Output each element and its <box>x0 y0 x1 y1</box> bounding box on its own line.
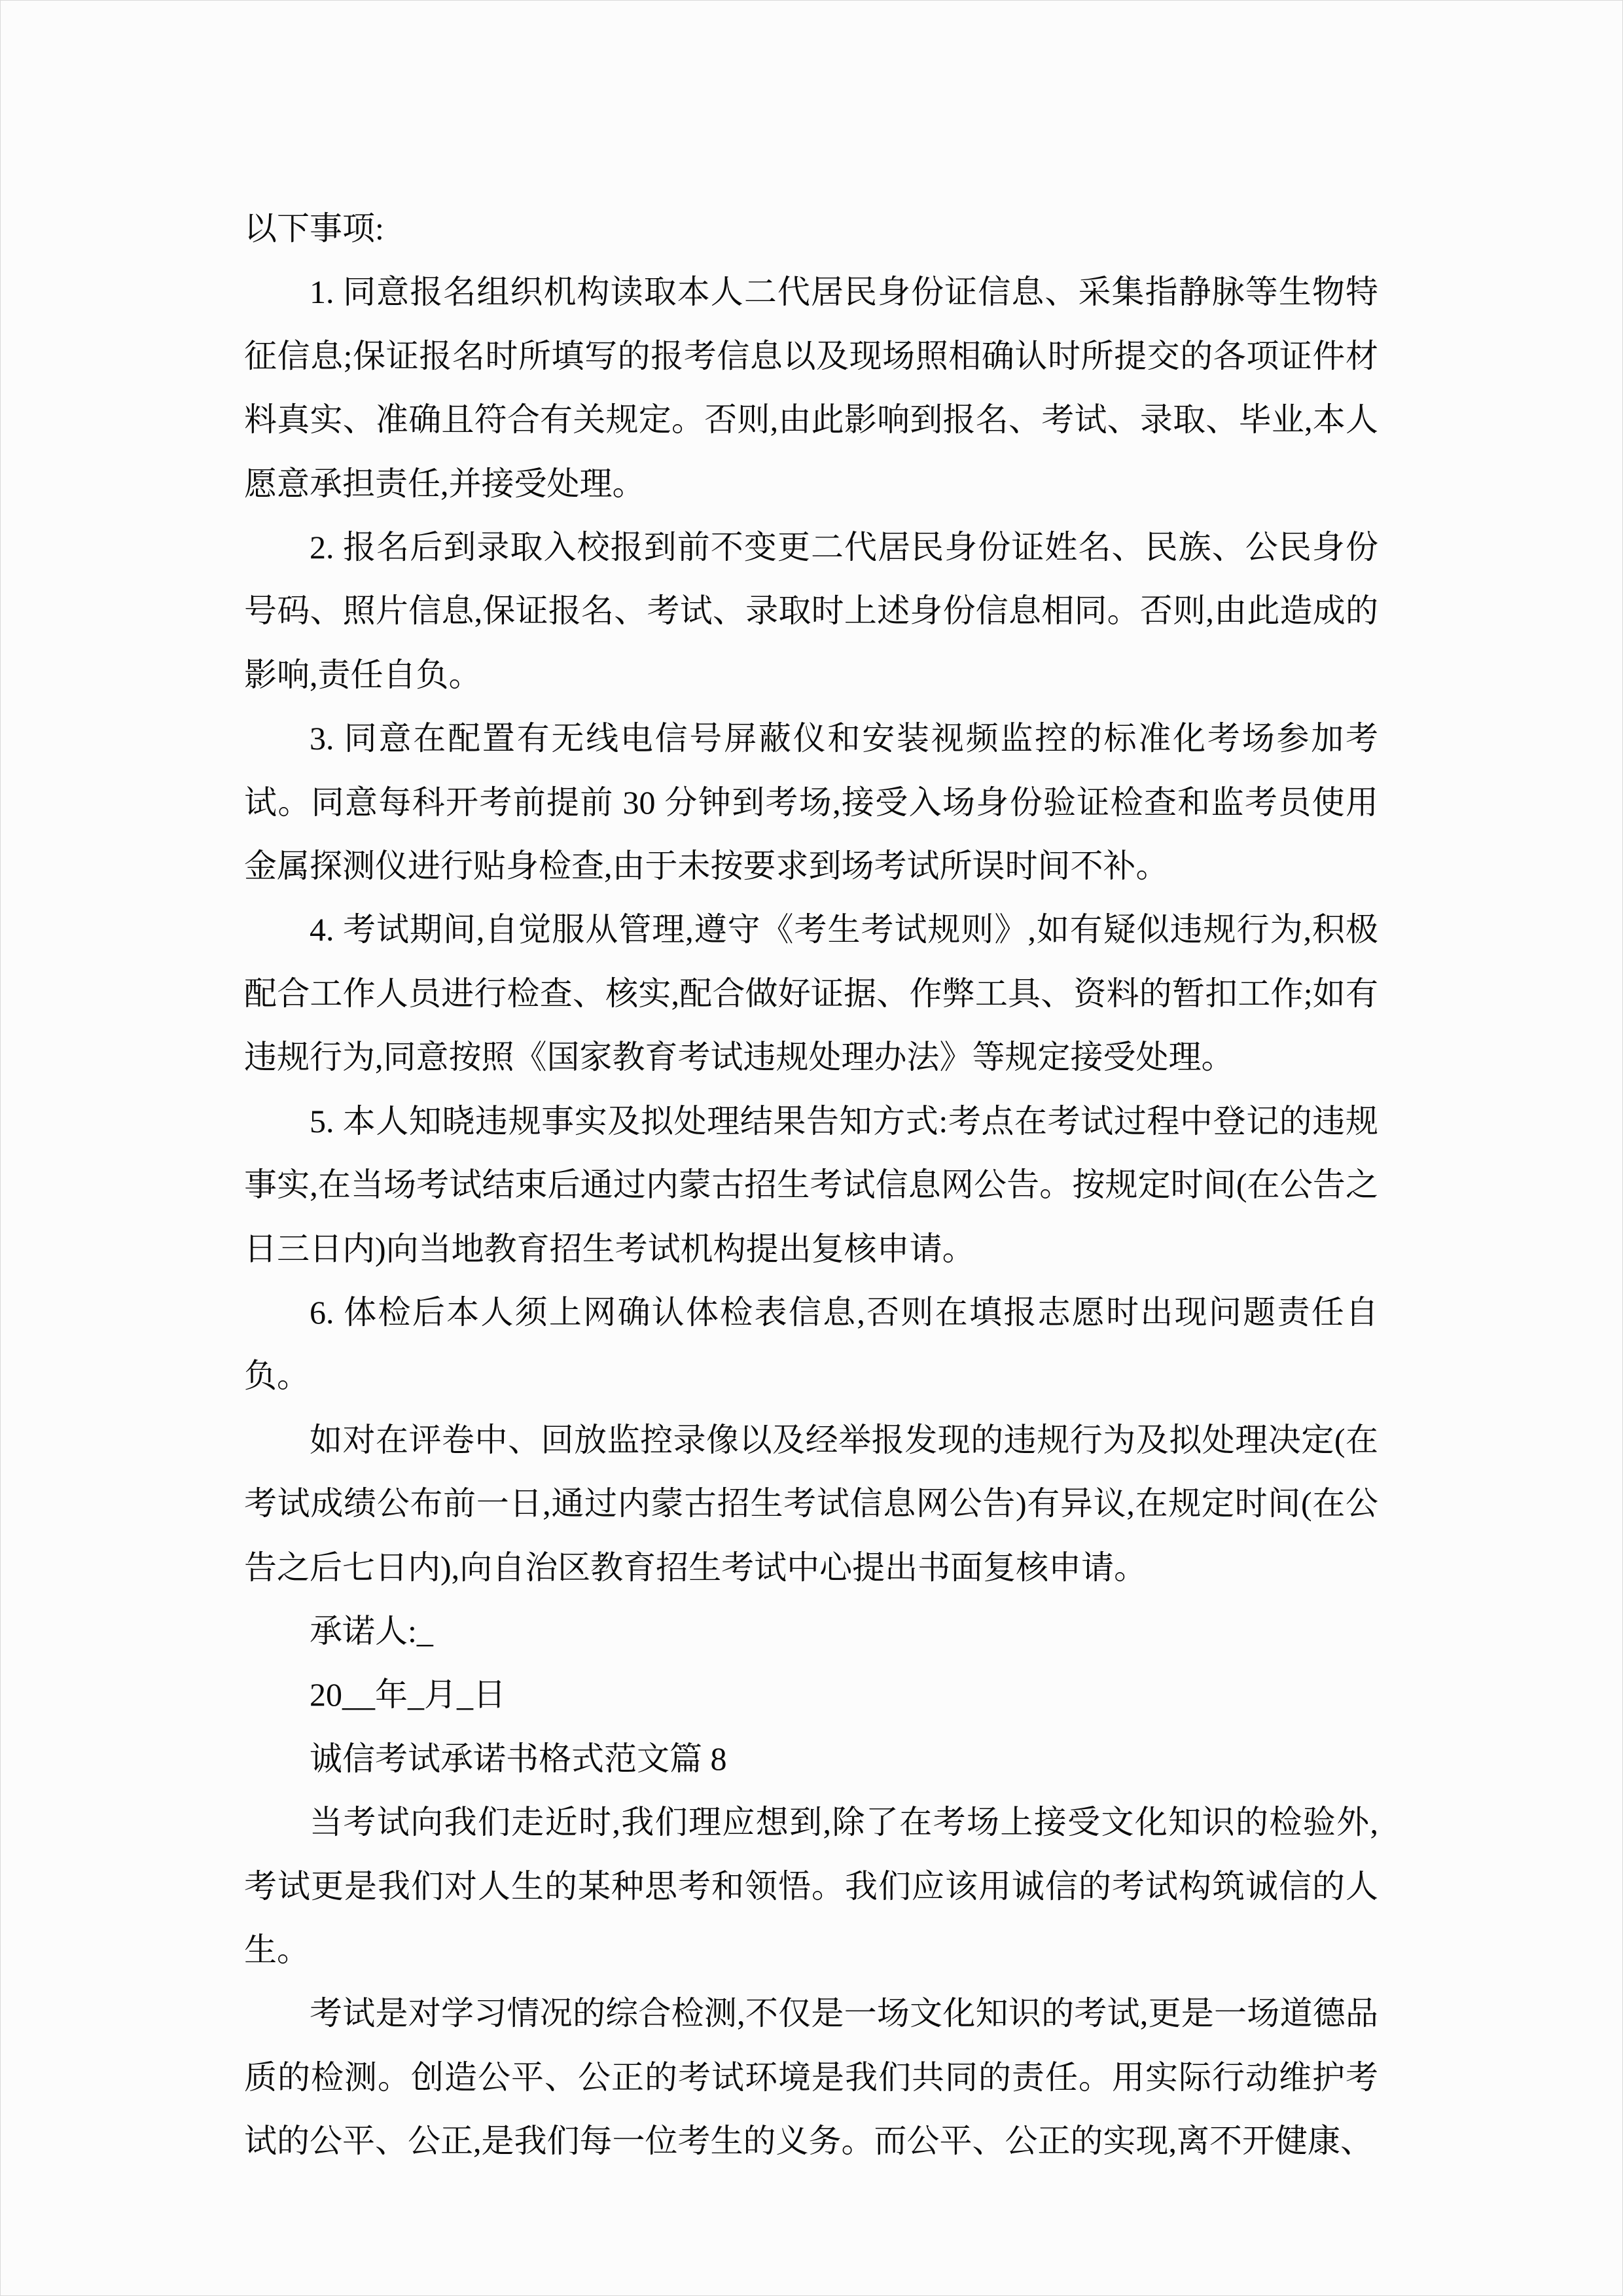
list-item-5: 5. 本人知晓违规事实及拟处理结果告知方式:考点在考试过程中登记的违规事实,在当… <box>244 1090 1378 1281</box>
list-item-3: 3. 同意在配置有无线电信号屏蔽仪和安装视频监控的标准化考场参加考试。同意每科开… <box>244 707 1378 898</box>
list-item-6: 6. 体检后本人须上网确认体检表信息,否则在填报志愿时出现问题责任自负。 <box>244 1281 1378 1408</box>
paragraph-intro-continuation: 以下事项: <box>244 197 1378 260</box>
list-item-4: 4. 考试期间,自觉服从管理,遵守《考生考试规则》,如有疑似违规行为,积极配合工… <box>244 898 1378 1089</box>
list-item-1: 1. 同意报名组织机构读取本人二代居民身份证信息、采集指静脉等生物特征信息;保证… <box>244 260 1378 516</box>
section-heading: 诚信考试承诺书格式范文篇 8 <box>244 1727 1378 1791</box>
essay-paragraph-1: 当考试向我们走近时,我们理应想到,除了在考场上接受文化知识的检验外,考试更是我们… <box>244 1791 1378 1982</box>
date-line: 20__年_月_日 <box>244 1663 1378 1727</box>
list-item-2: 2. 报名后到录取入校报到前不变更二代居民身份证姓名、民族、公民身份号码、照片信… <box>244 516 1378 707</box>
essay-paragraph-2: 考试是对学习情况的综合检测,不仅是一场文化知识的考试,更是一场道德品质的检测。创… <box>244 1982 1378 2173</box>
paragraph-review-appeal: 如对在评卷中、回放监控录像以及经举报发现的违规行为及拟处理决定(在考试成绩公布前… <box>244 1408 1378 1600</box>
signer-line: 承诺人:_ <box>244 1600 1378 1663</box>
document-body: 以下事项: 1. 同意报名组织机构读取本人二代居民身份证信息、采集指静脉等生物特… <box>244 197 1378 2174</box>
document-page: 以下事项: 1. 同意报名组织机构读取本人二代居民身份证信息、采集指静脉等生物特… <box>0 0 1623 2296</box>
